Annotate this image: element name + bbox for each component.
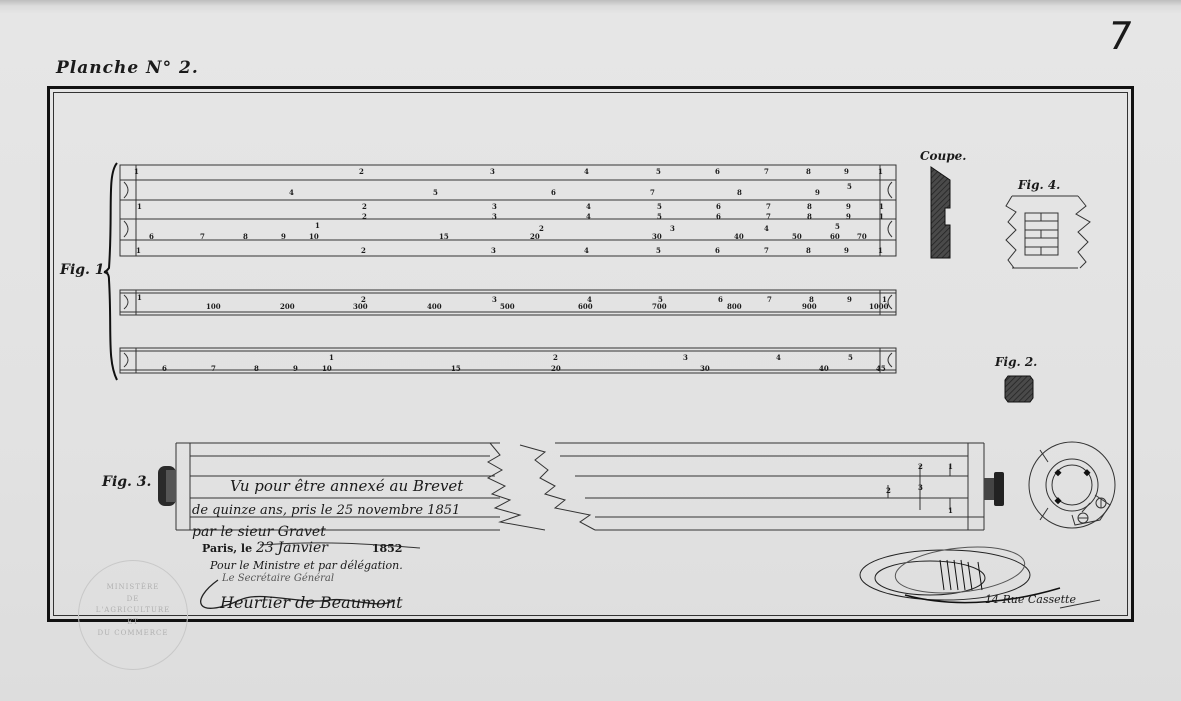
scale-mark: 30: [652, 232, 662, 241]
scale-mark: 600: [578, 302, 593, 311]
scale-mark: 1: [948, 462, 953, 471]
scale-mark: 7: [764, 167, 769, 176]
scale-mark: 1: [878, 167, 883, 176]
scale-mark: 200: [280, 302, 295, 311]
scale-mark: 800: [727, 302, 742, 311]
scale-mark: 9: [293, 364, 298, 373]
scale-mark: 900: [802, 302, 817, 311]
scale-mark: 400: [427, 302, 442, 311]
scale-mark: 1: [315, 221, 320, 230]
scale-mark: 2: [361, 246, 366, 255]
scale-mark: 5: [657, 202, 662, 211]
scale-mark: 7: [764, 246, 769, 255]
scale-mark: 7: [211, 364, 216, 373]
scale-mark: 9: [844, 167, 849, 176]
scale-mark: 6: [162, 364, 167, 373]
scale-mark: 1: [137, 202, 142, 211]
scale-mark: 4: [586, 212, 591, 221]
scale-mark: 1: [879, 212, 884, 221]
date-line: Paris, le 23 Janvier 1852: [202, 540, 402, 556]
scale-mark: 100: [206, 302, 221, 311]
scale-mark: 7: [767, 295, 772, 304]
scale-mark: 9: [815, 188, 820, 197]
scale-mark: 2: [359, 167, 364, 176]
scale-mark: 20: [551, 364, 561, 373]
scale-mark: 3: [492, 295, 497, 304]
date-month: Janvier: [278, 540, 328, 556]
scale-mark: 8: [807, 202, 812, 211]
delegation-text: Pour le Ministre et par délégation.: [210, 559, 403, 572]
scale-mark: 1: [136, 246, 141, 255]
scale-mark: 10: [322, 364, 332, 373]
address-text: 14 Rue Cassette: [985, 593, 1076, 606]
scale-mark: 50: [792, 232, 802, 241]
scale-mark: 6: [715, 167, 720, 176]
scale-mark: 1: [329, 353, 334, 362]
scale-mark: 3: [918, 483, 923, 492]
scale-mark: 4: [584, 167, 589, 176]
scale-mark: 6: [716, 212, 721, 221]
scale-mark: 7: [766, 202, 771, 211]
fig3-label: Fig. 3.: [102, 474, 151, 490]
scale-mark: 8: [254, 364, 259, 373]
annotation-line-2: de quinze ans, pris le 25 novembre 1851: [192, 503, 460, 518]
secretary-text: Le Secrétaire Général: [222, 573, 334, 584]
scale-mark: 3: [490, 167, 495, 176]
scale-mark: 7: [650, 188, 655, 197]
scale-mark: 8: [806, 246, 811, 255]
scale-mark: 300: [353, 302, 368, 311]
fig2-label: Fig. 2.: [995, 355, 1037, 369]
scale-mark: 5: [656, 167, 661, 176]
knob-left: [158, 466, 176, 506]
fig4-label: Fig. 4.: [1018, 178, 1060, 192]
scale-mark: 7: [200, 232, 205, 241]
scale-mark: 9: [847, 295, 852, 304]
scale-mark: 2: [362, 202, 367, 211]
scale-mark: 20: [530, 232, 540, 241]
scale-mark: 6: [716, 202, 721, 211]
scale-mark: 6: [715, 246, 720, 255]
scale-mark: 2: [918, 462, 923, 471]
seal-line: DU COMMERCE: [79, 625, 187, 642]
scale-mark: 5: [657, 212, 662, 221]
scale-mark: 500: [500, 302, 515, 311]
fig1-label: Fig. 1.: [60, 262, 109, 278]
scale-mark: 8: [807, 212, 812, 221]
coupe-label: Coupe.: [920, 149, 966, 163]
scale-mark: 3: [492, 212, 497, 221]
scale-mark: 9: [281, 232, 286, 241]
scale-mark: 40: [819, 364, 829, 373]
scale-mark: 8: [243, 232, 248, 241]
date-year: 1852: [372, 542, 403, 555]
annotation-line-3: par le sieur Gravet: [192, 524, 326, 540]
scale-mark: 700: [652, 302, 667, 311]
scale-mark: 10: [309, 232, 319, 241]
date-day: 23: [256, 540, 274, 556]
scale-mark: 5: [835, 222, 840, 231]
scale-mark: 6: [718, 295, 723, 304]
scale-mark: 5: [848, 353, 853, 362]
scale-mark: 1000: [869, 302, 888, 311]
scale-mark: 6: [551, 188, 556, 197]
scale-mark: 45: [876, 364, 886, 373]
scale-mark: 6: [149, 232, 154, 241]
date-prefix: Paris, le: [202, 542, 252, 555]
scale-mark: 7: [766, 212, 771, 221]
scale-mark: 70: [857, 232, 867, 241]
scale-mark: 1: [948, 506, 953, 515]
scale-mark: 4: [586, 202, 591, 211]
scale-mark: 9: [846, 212, 851, 221]
scale-mark: 15: [451, 364, 461, 373]
scale-mark: 1: [878, 246, 883, 255]
scale-mark: 3: [491, 246, 496, 255]
scale-mark: 4: [776, 353, 781, 362]
scale-mark: 9: [846, 202, 851, 211]
scale-mark: 1: [134, 167, 139, 176]
scale-mark: 9: [844, 246, 849, 255]
scale-mark: 4: [764, 224, 769, 233]
scale-mark: 60: [830, 232, 840, 241]
scale-mark: 3: [683, 353, 688, 362]
scale-mark: 5: [656, 246, 661, 255]
scale-mark: 4: [289, 188, 294, 197]
scale-mark: 5: [433, 188, 438, 197]
annotation-line-1: Vu pour être annexé au Brevet: [230, 477, 463, 495]
scale-mark: 3: [492, 202, 497, 211]
scale-mark: 8: [737, 188, 742, 197]
scale-mark: 8: [806, 167, 811, 176]
signature-left: Heurtier de Beaumont: [220, 593, 403, 612]
scale-mark: 1: [137, 293, 142, 302]
scale-mark: 1: [879, 202, 884, 211]
scale-mark: 15: [439, 232, 449, 241]
knob-right: [984, 472, 1004, 506]
seal-line: MINISTÈRE: [79, 579, 187, 596]
scale-mark: 5: [847, 182, 852, 191]
scale-mark: 2: [886, 486, 891, 495]
scale-mark: 2: [362, 212, 367, 221]
scale-mark: 30: [700, 364, 710, 373]
scale-mark: 40: [734, 232, 744, 241]
scale-mark: 2: [553, 353, 558, 362]
ministry-seal: MINISTÈRE DE L'AGRICULTURE ET DU COMMERC…: [78, 560, 188, 670]
scale-mark: 4: [584, 246, 589, 255]
scale-mark: 3: [670, 224, 675, 233]
seal-line: L'AGRICULTURE: [79, 602, 187, 619]
